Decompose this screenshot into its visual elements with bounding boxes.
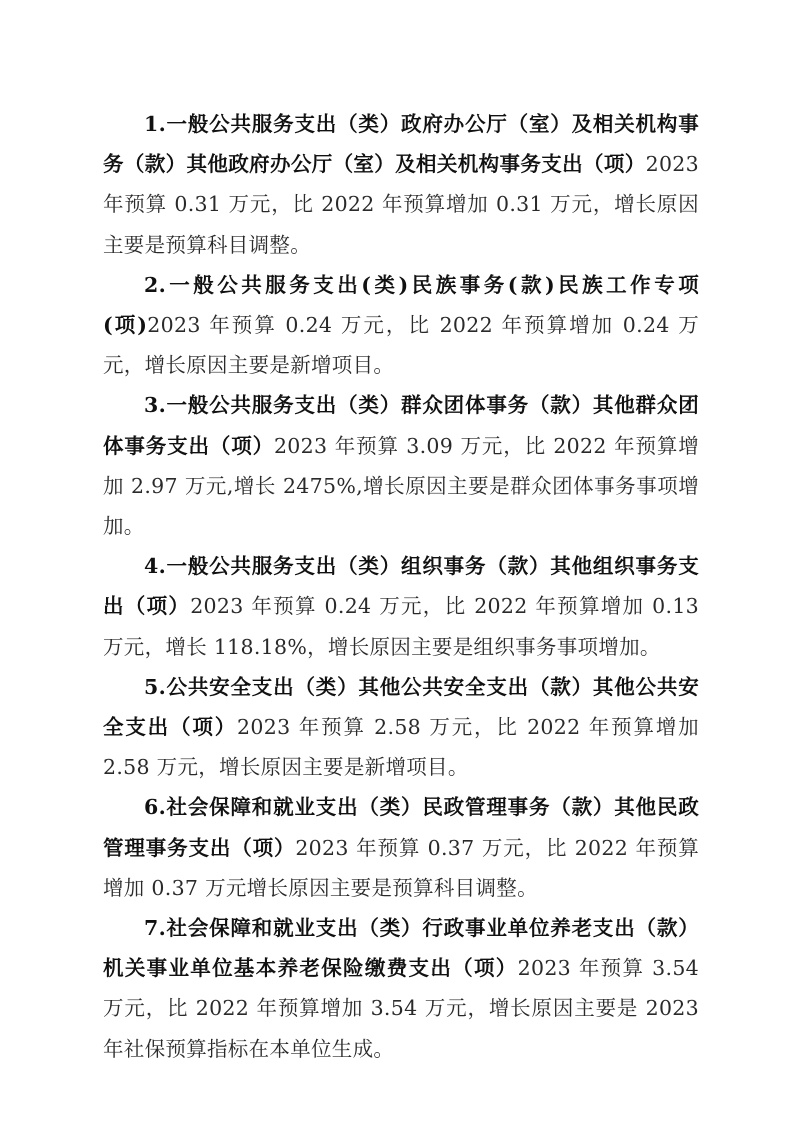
item-number: 1.	[144, 112, 166, 136]
item-number: 4.	[144, 554, 166, 578]
item-number: 2.	[144, 273, 166, 297]
item-description: 2023 年预算 0.24 万元，比 2022 年预算增加 0.24 万元，增长…	[103, 313, 699, 377]
item-number: 6.	[144, 795, 166, 819]
paragraph-item-2: 2.一般公共服务支出(类)民族事务(款)民族工作专项(项)2023 年预算 0.…	[103, 265, 699, 386]
item-heading: 1.一般公共服务支出（类）政府办公厅（室）及相关机构事务（款）其他政府办公厅（室…	[103, 112, 699, 176]
item-number: 5.	[144, 675, 166, 699]
document-page: 1.一般公共服务支出（类）政府办公厅（室）及相关机构事务（款）其他政府办公厅（室…	[103, 104, 699, 1069]
item-number: 3.	[144, 393, 166, 417]
paragraph-item-1: 1.一般公共服务支出（类）政府办公厅（室）及相关机构事务（款）其他政府办公厅（室…	[103, 104, 699, 265]
paragraph-item-5: 5.公共安全支出（类）其他公共安全支出（款）其他公共安全支出（项）2023 年预…	[103, 667, 699, 788]
item-description: 2023 年预算 0.24 万元，比 2022 年预算增加 0.13 万元，增长…	[103, 594, 699, 658]
paragraph-item-4: 4.一般公共服务支出（类）组织事务（款）其他组织事务支出（项）2023 年预算 …	[103, 546, 699, 667]
item-category-path: 一般公共服务支出（类）政府办公厅（室）及相关机构事务（款）其他政府办公厅（室）及…	[103, 112, 699, 176]
paragraph-item-6: 6.社会保障和就业支出（类）民政管理事务（款）其他民政管理事务支出（项）2023…	[103, 787, 699, 908]
paragraph-item-3: 3.一般公共服务支出（类）群众团体事务（款）其他群众团体事务支出（项）2023 …	[103, 385, 699, 546]
item-number: 7.	[144, 916, 166, 940]
paragraph-item-7: 7.社会保障和就业支出（类）行政事业单位养老支出（款）机关事业单位基本养老保险缴…	[103, 908, 699, 1069]
